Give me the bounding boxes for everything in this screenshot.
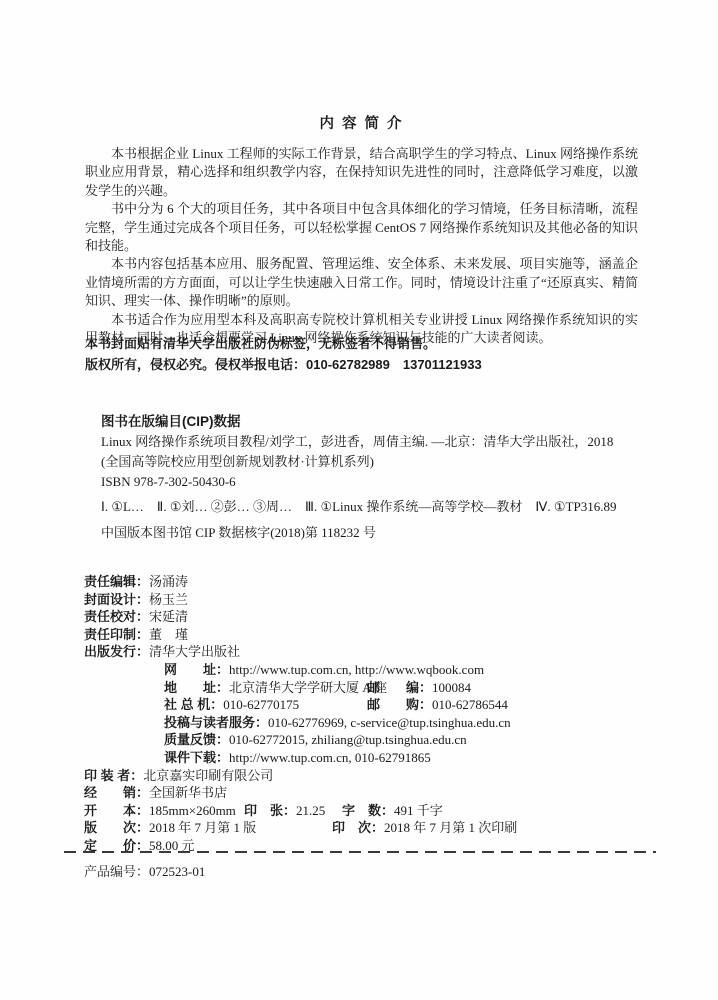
edition-value: 2018 年 7 月第 1 版 [149, 820, 256, 835]
distributor-value: 全国新华书店 [149, 785, 227, 800]
staff-row-editor: 责任编辑：汤涌涛 [84, 571, 684, 589]
staff-label: 责任印制： [84, 627, 149, 642]
anti-piracy-line: 本书封面贴有清华大学出版社防伪标签，无标签者不得销售。 [85, 334, 645, 355]
mail-order-cell: 邮 购：010-62786544 [367, 694, 508, 713]
courseware-label: 课件下载： [164, 750, 229, 765]
product-number-value: 072523-01 [149, 864, 205, 879]
courseware-value: http://www.tup.com.cn, 010-62791865 [229, 750, 431, 765]
publisher-value: 清华大学出版社 [149, 644, 240, 659]
staff-row-cover-design: 封面设计：杨玉兰 [84, 589, 684, 607]
staff-row-print-supervisor: 责任印制：董 瑾 [84, 624, 684, 642]
postcode-label: 邮 编： [367, 680, 432, 695]
edition-row: 版 次：2018 年 7 月第 1 版 印 次：2018 年 7 月第 1 次印… [84, 817, 684, 835]
impression-value: 2018 年 7 月第 1 次印刷 [384, 820, 517, 835]
copyright-notice: 本书封面贴有清华大学出版社防伪标签，无标签者不得销售。 版权所有，侵权必究。侵权… [85, 334, 645, 375]
printer-value: 北京嘉实印刷有限公司 [143, 768, 273, 783]
colophon-section: 责任编辑：汤涌涛 封面设计：杨玉兰 责任校对：宋延清 责任印制：董 瑾 出版发行… [84, 571, 684, 853]
distributor-row: 经 销：全国新华书店 [84, 782, 684, 800]
postcode-value: 100084 [432, 680, 471, 695]
address-label: 地 址： [164, 680, 229, 695]
sheets-label: 印 张： [244, 803, 296, 818]
format-label: 开 本： [84, 803, 149, 818]
website-value: http://www.tup.com.cn, http://www.wqbook… [229, 662, 484, 677]
sheets-value: 21.25 [296, 803, 325, 818]
quality-feedback-label: 质量反馈： [164, 732, 229, 747]
word-count-value: 491 千字 [394, 803, 443, 818]
product-number-row: 产品编号：072523-01 [84, 861, 205, 880]
cip-section: 图书在版编目(CIP)数据 Linux 网络操作系统项目教程/刘学工，彭进香，周… [101, 412, 646, 543]
staff-value: 宋延清 [149, 609, 188, 624]
reader-service-label: 投稿与读者服务： [164, 715, 268, 730]
summary-paragraph: 本书根据企业 Linux 工程师的实际工作背景，结合高职学生的学习特点、Linu… [85, 145, 638, 200]
content-summary-section: 内 容 简 介 本书根据企业 Linux 工程师的实际工作背景，结合高职学生的学… [85, 112, 638, 347]
word-count-label: 字 数： [342, 803, 394, 818]
product-number-label: 产品编号： [84, 864, 149, 879]
staff-label: 责任编辑： [84, 574, 149, 589]
cip-classification: Ⅰ. ①L… Ⅱ. ①刘… ②彭… ③周… Ⅲ. ①Linux 操作系统—高等学… [101, 497, 646, 517]
staff-label: 封面设计： [84, 592, 149, 607]
impression-cell: 印 次：2018 年 7 月第 1 次印刷 [332, 817, 517, 836]
staff-row-proofreader: 责任校对：宋延清 [84, 606, 684, 624]
switchboard-value: 010-62770175 [223, 697, 299, 712]
cip-series: (全国高等院校应用型创新规划教材·计算机系列) [101, 452, 646, 472]
address-row: 地 址：北京清华大学学研大厦 A 座 邮 编：100084 [84, 677, 684, 695]
format-row: 开 本：185mm×260mm 印 张：21.25 字 数：491 千字 [84, 800, 684, 818]
edition-label: 版 次： [84, 820, 149, 835]
mail-order-label: 邮 购： [367, 697, 432, 712]
postcode-cell: 邮 编：100084 [367, 677, 471, 696]
publisher-row: 出版发行：清华大学出版社 [84, 641, 684, 659]
impression-label: 印 次： [332, 820, 384, 835]
quality-feedback-row: 质量反馈：010-62772015, zhiliang@tup.tsinghua… [84, 729, 684, 747]
content-summary-title: 内 容 简 介 [85, 112, 638, 133]
staff-value: 汤涌涛 [149, 574, 188, 589]
rights-reserved-line: 版权所有，侵权必究。侵权举报电话：010-62782989 1370112193… [85, 355, 645, 376]
word-count-cell: 字 数：491 千字 [342, 800, 443, 819]
publisher-label: 出版发行： [84, 644, 149, 659]
sheets-cell: 印 张：21.25 [244, 800, 325, 819]
staff-label: 责任校对： [84, 609, 149, 624]
dashed-divider [64, 851, 656, 853]
reader-service-row: 投稿与读者服务：010-62776969, c-service@tup.tsin… [84, 712, 684, 730]
summary-paragraph: 本书内容包括基本应用、服务配置、管理运维、安全体系、未来发展、项目实施等，涵盖企… [85, 255, 638, 310]
reader-service-value: 010-62776969, c-service@tup.tsinghua.edu… [268, 715, 511, 730]
website-label: 网 址： [164, 662, 229, 677]
cip-record: Linux 网络操作系统项目教程/刘学工，彭进香，周倩主编. —北京：清华大学出… [101, 432, 646, 452]
courseware-row: 课件下载：http://www.tup.com.cn, 010-62791865 [84, 747, 684, 765]
cip-isbn: ISBN 978-7-302-50430-6 [101, 472, 646, 492]
address-value: 北京清华大学学研大厦 A 座 [229, 680, 387, 695]
distributor-label: 经 销： [84, 785, 149, 800]
price-row: 定 价：58.00 元 [84, 835, 684, 853]
cip-registry-number: 中国版本图书馆 CIP 数据核字(2018)第 118232 号 [101, 523, 646, 543]
switchboard-label: 社 总 机： [164, 697, 223, 712]
website-row: 网 址：http://www.tup.com.cn, http://www.wq… [84, 659, 684, 677]
printer-label: 印 装 者： [84, 768, 143, 783]
cip-heading: 图书在版编目(CIP)数据 [101, 412, 646, 432]
summary-paragraph: 书中分为 6 个大的项目任务，其中各项目中包含具体细化的学习情境，任务目标清晰，… [85, 200, 638, 255]
mail-order-value: 010-62786544 [432, 697, 508, 712]
staff-value: 杨玉兰 [149, 592, 188, 607]
staff-value: 董 瑾 [149, 627, 188, 642]
quality-feedback-value: 010-62772015, zhiliang@tup.tsinghua.edu.… [229, 732, 467, 747]
format-value: 185mm×260mm [149, 803, 236, 818]
switchboard-row: 社 总 机：010-62770175 邮 购：010-62786544 [84, 694, 684, 712]
printer-row: 印 装 者：北京嘉实印刷有限公司 [84, 765, 684, 783]
copyright-page: 内 容 简 介 本书根据企业 Linux 工程师的实际工作背景，结合高职学生的学… [0, 0, 718, 1000]
